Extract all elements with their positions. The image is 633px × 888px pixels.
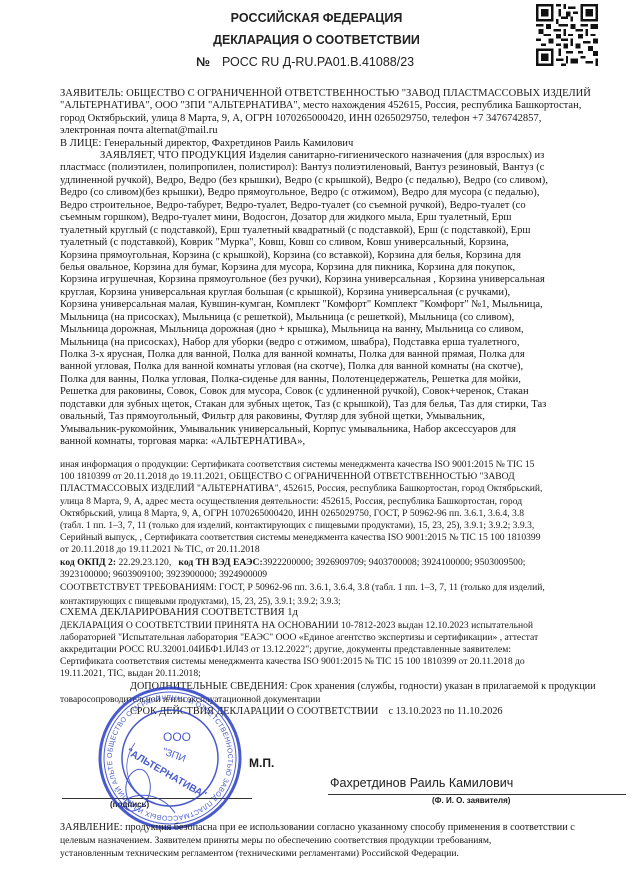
validity-period: с 13.10.2023 по 11.10.2026 — [389, 706, 503, 717]
requirements-line: контактирующих с пищевыми продуктами), 1… — [60, 595, 630, 608]
name-line — [328, 794, 626, 795]
basis-line: ДЕКЛАРАЦИЯ О СООТВЕТСТВИИ ПРИНЯТА НА ОСН… — [60, 620, 630, 632]
product-line: Корзина игрушечная, Корзина прямоугольно… — [60, 274, 620, 286]
other-info-line: Серийный выпуск, , Сертификата соответст… — [60, 532, 630, 544]
product-line: Полка 3-х ярусная, Полка для ванной, Пол… — [60, 349, 620, 361]
okpd-value: 22.29.23.120, — [116, 557, 171, 568]
statement-line: целевым назначением. Заявителем приняты … — [60, 835, 630, 848]
basis-line: лабораторией "Испытательная лаборатория … — [60, 632, 630, 644]
other-info-line: от 20.11.2018 до 19.11.2021 № TIC, от 20… — [60, 544, 630, 556]
product-line: Корзина универсальная малая, Кувшин-кумг… — [60, 299, 620, 311]
product-line: подставки для зубных щеток, Стакан для з… — [60, 399, 620, 411]
applicant-line: ЗАЯВИТЕЛЬ: ОБЩЕСТВО С ОГРАНИЧЕННОЙ ОТВЕТ… — [60, 88, 620, 100]
applicant-line: электронная почта alternat@mail.ru — [60, 125, 620, 137]
number-sign: № — [196, 55, 210, 69]
product-line: Ведро строительное, Ведро-табурет, Ведро… — [60, 200, 620, 212]
codes-line: код ОКПД 2: 22.29.23.120, код ТН ВЭД ЕАЭ… — [60, 557, 630, 569]
product-line: Корзина прямоугольная, Корзина (с крышко… — [60, 250, 620, 262]
other-info-line: (табл. 1 пп. 1–3, 7, 11 (только для изде… — [60, 520, 630, 532]
basis-line: Сертификата соответствия системы менеджм… — [60, 656, 630, 668]
other-info-line: улица 8 Марта, 9, А, адрес места осущест… — [60, 496, 630, 508]
product-line: круглая, Корзина универсальная круглая б… — [60, 287, 620, 299]
requirements-line: СООТВЕТСТВУЕТ ТРЕБОВАНИЯМ: ГОСТ, Р 50962… — [60, 582, 630, 595]
other-info-line: Октябрьский, улица 8 Марта, 9, А, ОГРН 1… — [60, 508, 630, 520]
statement-line: ЗАЯВЛЕНИЕ: продукция безопасна при ее ис… — [60, 822, 630, 835]
qr-code-icon — [536, 4, 598, 66]
product-line: удлиненной ручкой), Ведро, Ведро (без кр… — [60, 175, 620, 187]
product-line: съемным горшком), Ведро-туалет мини, Вод… — [60, 212, 620, 224]
name-label: (Ф. И. О. заявителя) — [432, 796, 510, 805]
applicant-section: ЗАЯВИТЕЛЬ: ОБЩЕСТВО С ОГРАНИЧЕННОЙ ОТВЕТ… — [60, 88, 620, 150]
product-section: ЗАЯВЛЯЕТ, ЧТО ПРОДУКЦИЯ Изделия санитарн… — [60, 150, 620, 449]
tnved-value: 3922200000; 3926909709; 9403700008; 3924… — [263, 557, 526, 568]
product-line: Мыльница (на присосках), Мыльница (с реш… — [60, 312, 620, 324]
product-line: ванной угловая, Полка для ванной комнаты… — [60, 361, 620, 373]
product-line: белья овальное, Корзина для бумаг, Корзи… — [60, 262, 620, 274]
other-info-line: ПЛАСТМАССОВЫХ ИЗДЕЛИЙ "АЛЬТЕРНАТИВА", 45… — [60, 483, 630, 495]
basis-line: аккредитации РОСС RU.32001.04ИБФ1.ИЛ43 о… — [60, 644, 630, 656]
applicant-name: Фахретдинов Раиль Камилович — [330, 776, 513, 790]
scheme-line: СХЕМА ДЕКЛАРИРОВАНИЯ СООТВЕТСТВИЯ 1д — [60, 607, 630, 620]
statement-line: установленным техническим регламентом (т… — [60, 848, 630, 861]
representative-line: В ЛИЦЕ: Генеральный директор, Фахретдино… — [60, 138, 620, 150]
tnved-label: код ТН ВЭД ЕАЭС: — [178, 557, 262, 568]
declaration-number: №РОСС RU Д-RU.РА01.В.41088/23 — [196, 55, 414, 69]
applicant-line: город Октябрьский, улица 8 Марта, 9, А, … — [60, 113, 620, 125]
product-line: Мыльница дорожная, Мыльница дорожная (дн… — [60, 324, 620, 336]
product-line: туалетный круглый (с подставкой), Ерш ту… — [60, 225, 620, 237]
product-line: овальный, Таз прямоугольный, Фильтр для … — [60, 411, 620, 423]
declaration-number-value: РОСС RU Д-RU.РА01.В.41088/23 — [222, 55, 414, 69]
company-seal-stamp: ОБЩЕСТВО С ОГРАНИЧЕННОЙ ОТВЕТСТВЕННОСТЬЮ… — [95, 683, 245, 833]
tnved-value-continued: 3923100000; 9603909100; 3923900000; 3924… — [60, 569, 630, 581]
stamp-center-line: ООО — [163, 730, 191, 744]
product-line: ванной комнаты, торговая марка: «АЛЬТЕРН… — [60, 436, 620, 448]
product-line: Полка для ванны, Полка угловая, Полка-си… — [60, 374, 620, 386]
requirements-section: СООТВЕТСТВУЕТ ТРЕБОВАНИЯМ: ГОСТ, Р 50962… — [60, 582, 630, 680]
product-line: Ведро (со сливом)(без крышки), Ведро пря… — [60, 187, 620, 199]
product-line: туалетный (с подставкой), Коврик "Мурка"… — [60, 237, 620, 249]
basis-line: 19.11.2021, TIC, выдан 20.11.2018; — [60, 668, 630, 680]
product-line: Мыльница (на присосках), Набор для уборк… — [60, 337, 620, 349]
other-info-line: 100 1810399 от 20.11.2018 до 19.11.2021,… — [60, 471, 630, 483]
stamp-center-line: "ЗПИ — [161, 746, 187, 765]
codes-section: код ОКПД 2: 22.29.23.120, код ТН ВЭД ЕАЭ… — [60, 557, 630, 581]
okpd-label: код ОКПД 2: — [60, 557, 116, 568]
product-line: Решетка для раковины, Совок, Совок для м… — [60, 386, 620, 398]
applicant-line: "АЛЬТЕРНАТИВА", ООО "ЗПИ "АЛЬТЕРНАТИВА",… — [60, 100, 620, 112]
statement-section: ЗАЯВЛЕНИЕ: продукция безопасна при ее ис… — [60, 822, 630, 860]
product-line: Умывальник-рукомойник, Умывальник универ… — [60, 424, 620, 436]
product-line: ЗАЯВЛЯЕТ, ЧТО ПРОДУКЦИЯ Изделия санитарн… — [60, 150, 620, 162]
other-info-section: иная информация о продукции: Сертификата… — [60, 459, 630, 557]
other-info-line: иная информация о продукции: Сертификата… — [60, 459, 630, 471]
mp-label: М.П. — [249, 756, 274, 770]
product-line: пластмасс (полиэтилен, полипропилен, пол… — [60, 162, 620, 174]
